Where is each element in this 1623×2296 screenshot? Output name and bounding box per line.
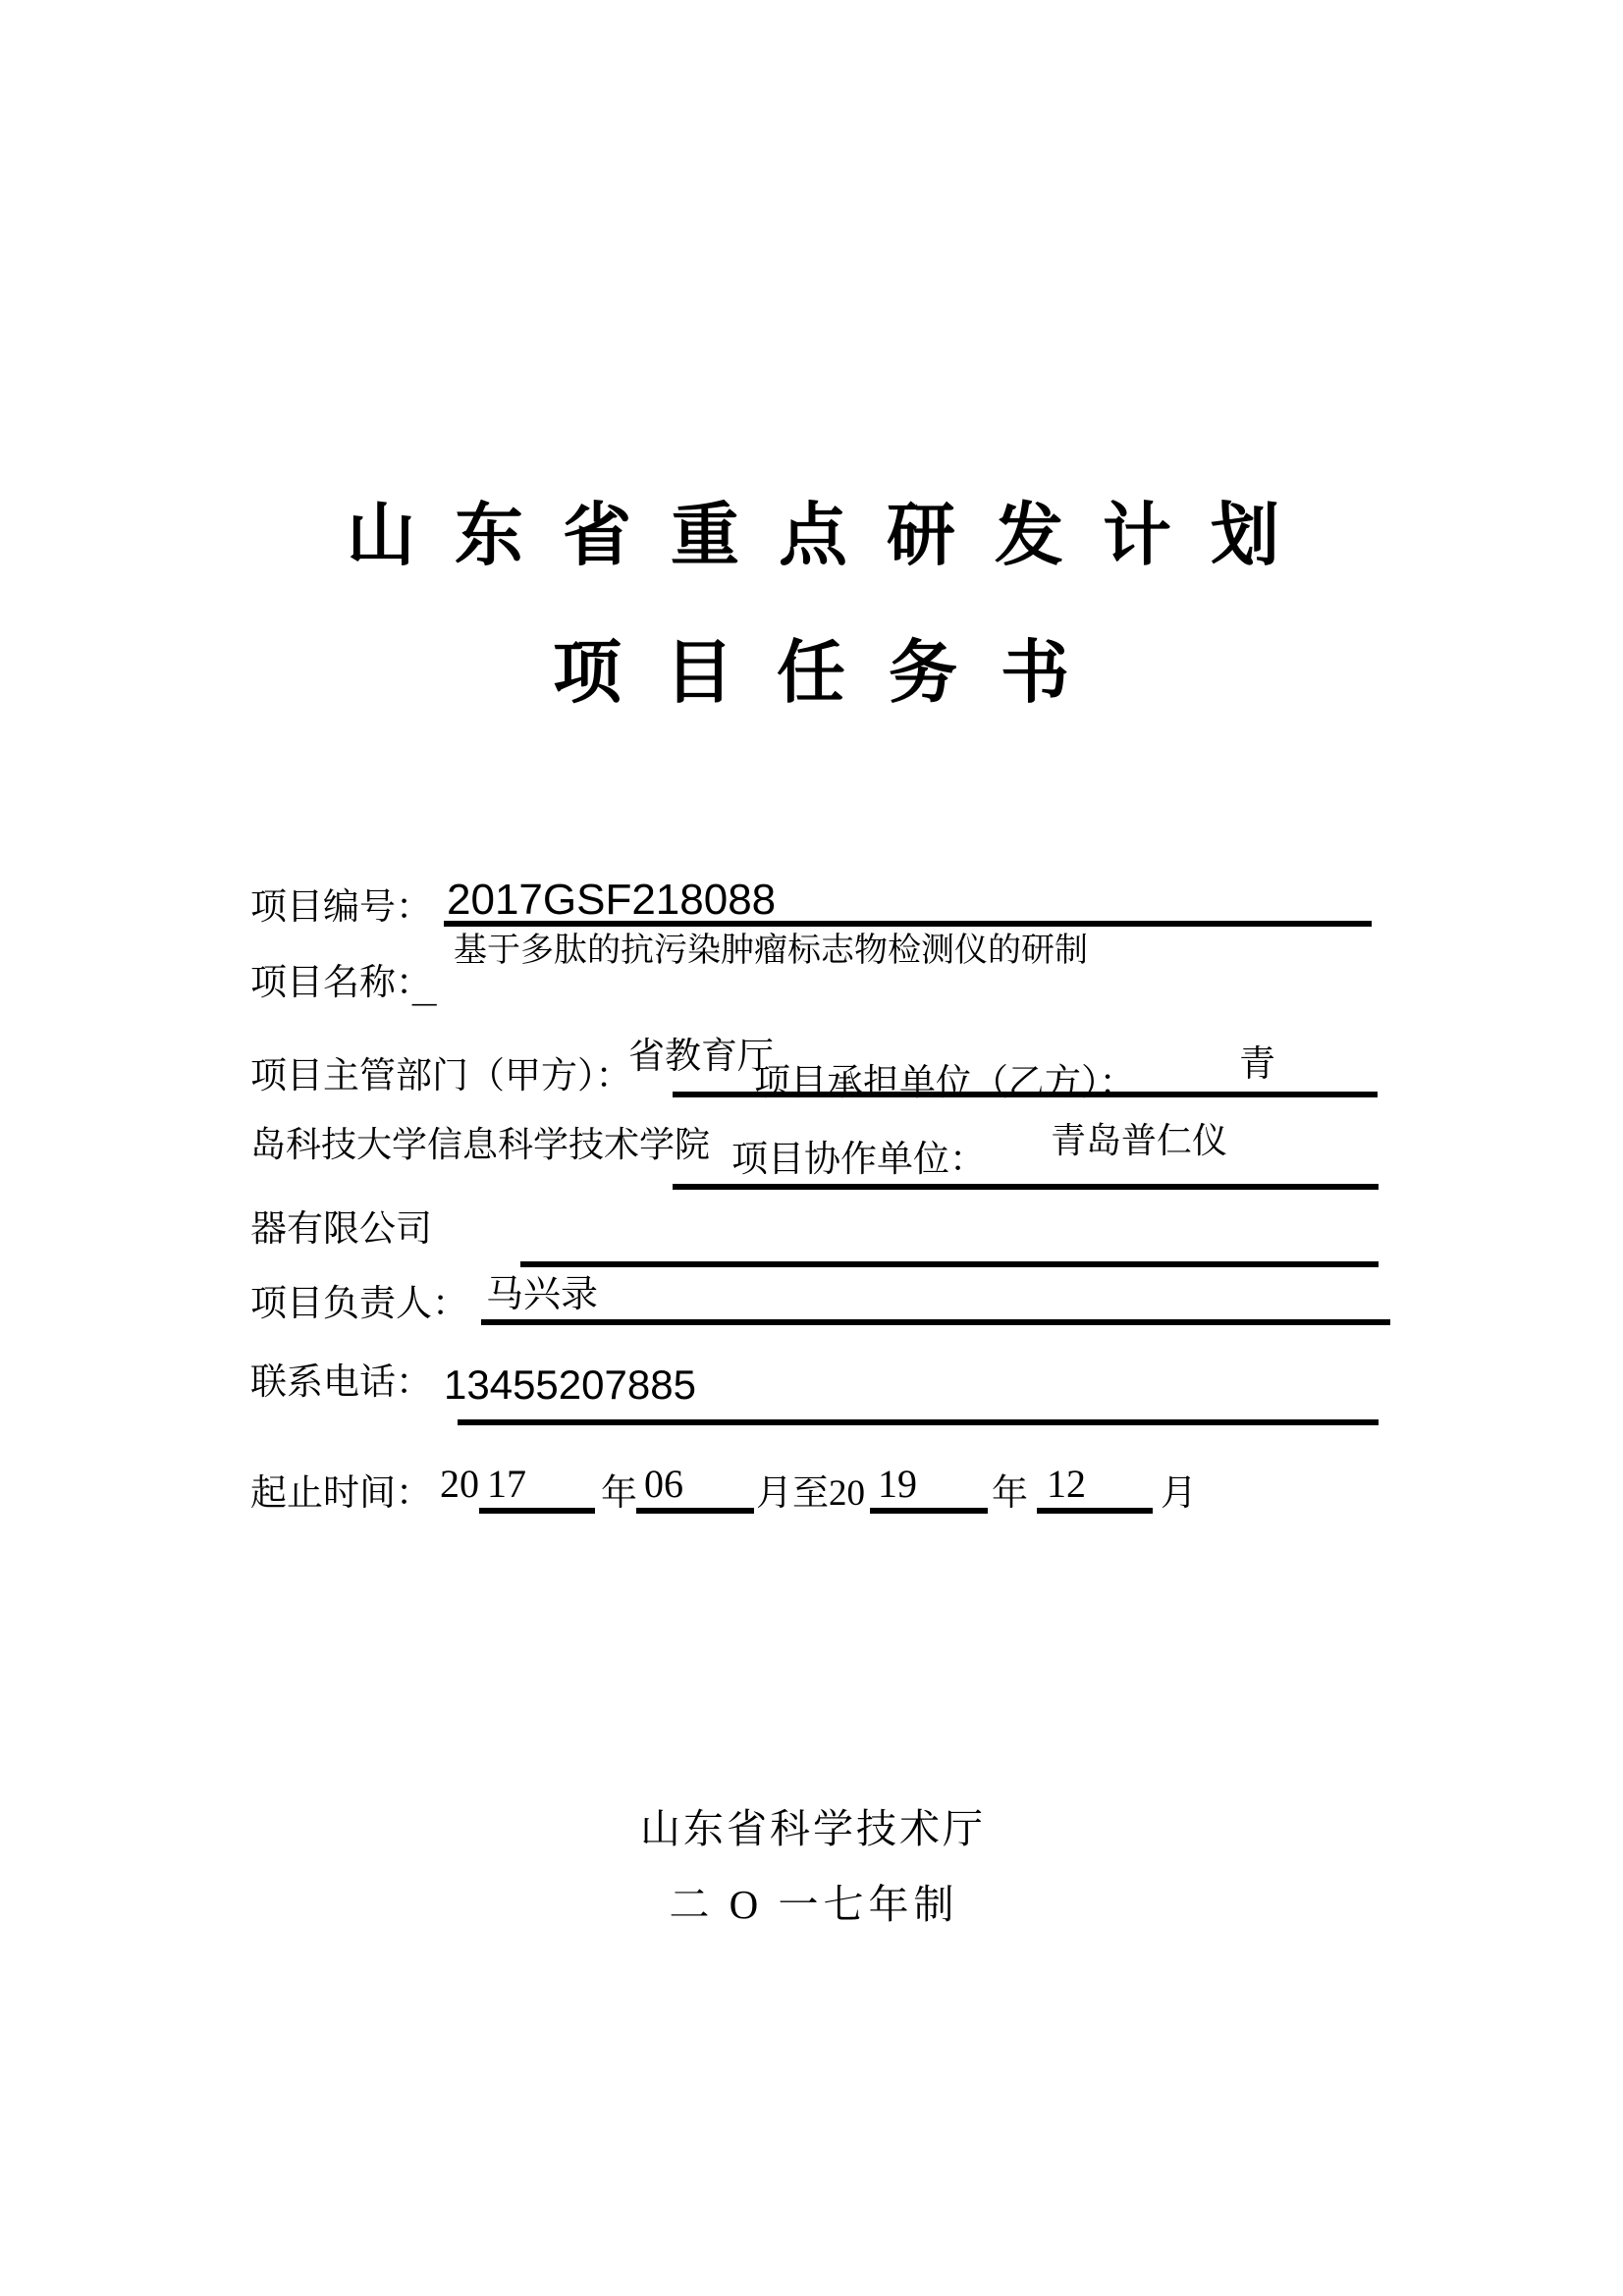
project-number-label: 项目编号： [250, 889, 432, 926]
duration-to-part: 月至20 [756, 1463, 865, 1516]
collaborating-unit-underline [673, 1184, 1379, 1190]
project-name-label: 项目名称： [250, 965, 432, 1001]
supervisor-dept-label: 项目主管部门（甲方）： [250, 1058, 632, 1095]
collaborating-unit-value-start: 青岛普仁仪 [1051, 1123, 1227, 1158]
duration-label: 起止时间： [250, 1463, 432, 1516]
project-leader-value: 马兴录 [486, 1276, 598, 1313]
contact-phone-value: 13455207885 [444, 1364, 696, 1406]
duration-start-year: 17 [487, 1461, 526, 1507]
duration-underline-end-month [1037, 1508, 1153, 1514]
duration-underline-start-year [479, 1508, 595, 1514]
duration-end-month: 12 [1047, 1461, 1086, 1507]
project-leader-underline [481, 1319, 1390, 1325]
undertaking-unit-value-start: 青 [1239, 1046, 1275, 1083]
document-page: 山东省重点研发计划 项目任务书 项目编号： 2017GSF218088 基于多肽… [0, 0, 1623, 2296]
edition-line: 二 O 一七年制 [0, 1885, 1623, 1925]
contact-phone-underline [458, 1419, 1379, 1425]
duration-year-char-1: 年 [601, 1463, 637, 1516]
duration-end-year: 19 [878, 1461, 917, 1507]
document-title-line1: 山东省重点研发计划 [347, 503, 1319, 571]
contact-phone-label: 联系电话： [250, 1364, 432, 1401]
document-title-line2: 项目任务书 [553, 640, 1112, 709]
duration-year-char-2: 年 [992, 1463, 1028, 1516]
duration-century-prefix: 20 [440, 1461, 479, 1507]
project-leader-label: 项目负责人： [250, 1286, 468, 1322]
project-number-value: 2017GSF218088 [447, 879, 776, 922]
undertaking-unit-label: 项目承担单位（乙方）： [754, 1065, 1136, 1101]
project-name-underscore: _ [412, 962, 436, 1011]
project-name-value: 基于多肽的抗污染肿瘤标志物检测仪的研制 [454, 934, 1088, 968]
collaborating-unit-value-wrap: 器有限公司 [250, 1211, 432, 1248]
undertaking-unit-value-wrap: 岛科技大学信息科学技术学院 [250, 1127, 710, 1162]
supervisor-dept-value: 省教育厅 [628, 1039, 774, 1075]
duration-underline-start-month [636, 1508, 754, 1514]
duration-start-month: 06 [644, 1461, 683, 1507]
collaborating-wrap-underline [520, 1261, 1379, 1267]
project-number-underline [444, 921, 1372, 927]
issuer-line: 山东省科学技术厅 [0, 1809, 1623, 1849]
duration-underline-end-year [870, 1508, 988, 1514]
collaborating-unit-label: 项目协作单位： [731, 1142, 986, 1178]
duration-month-char-2: 月 [1161, 1463, 1197, 1516]
